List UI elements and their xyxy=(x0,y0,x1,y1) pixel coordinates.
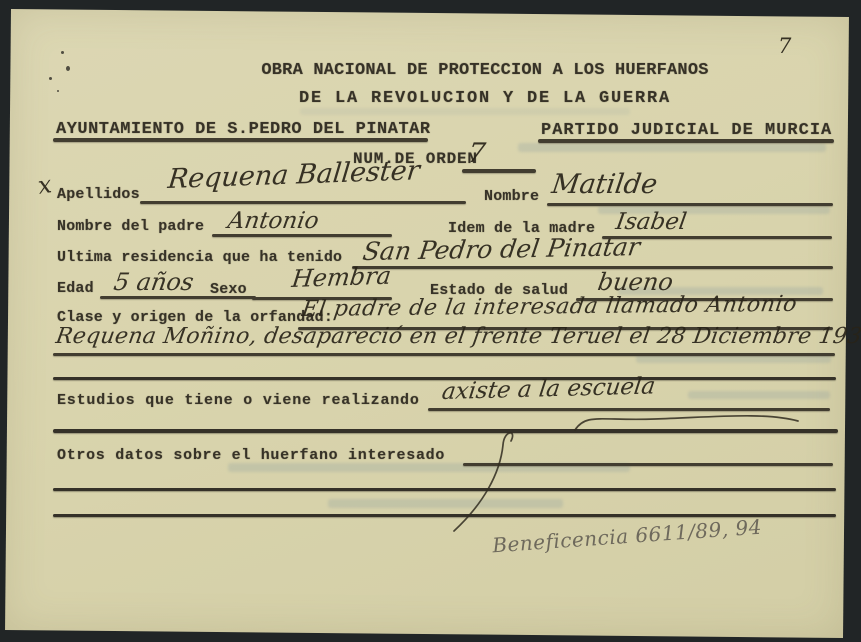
scanned-document: 7 OBRA NACIONAL DE PROTECCION A LOS HUER… xyxy=(0,0,861,642)
pen-cross-stroke xyxy=(0,0,861,642)
